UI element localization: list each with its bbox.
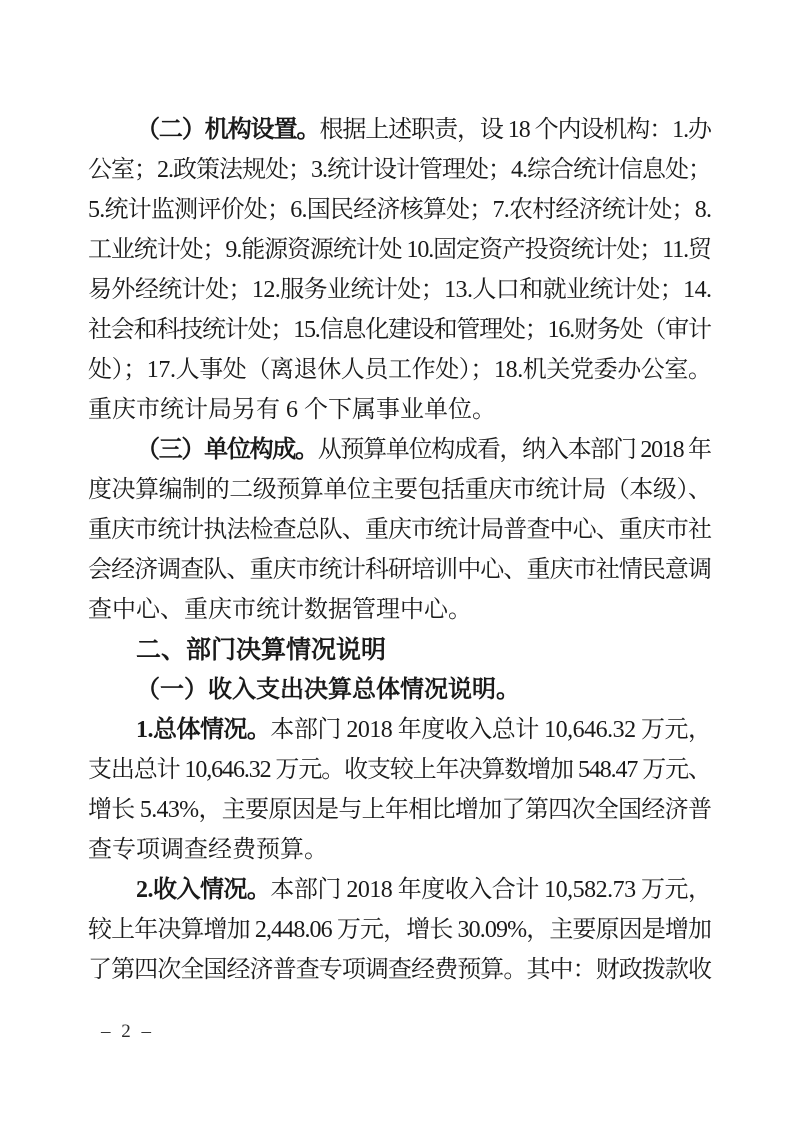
text-line-content: 会经济调查队、重庆市统计科研培训中心、重庆市社情民意调: [88, 550, 711, 590]
text-line: 工业统计处；9.能源资源统计处 10.固定资产投资统计处；11.贸: [88, 230, 712, 270]
text-line: 会经济调查队、重庆市统计科研培训中心、重庆市社情民意调: [88, 550, 712, 590]
text-segment: 增长 5.43%，主要原因是与上年相比增加了第四次全国经济普: [88, 797, 711, 823]
text-line-content: 查中心、重庆市统计数据管理中心。: [88, 590, 472, 630]
text-line: 查中心、重庆市统计数据管理中心。: [88, 590, 712, 630]
text-line: （二）机构设置。根据上述职责，设 18 个内设机构：1.办: [88, 110, 712, 150]
text-line-content: 易外经统计处；12.服务业统计处；13.人口和就业统计处；14.: [88, 270, 711, 310]
text-line-content: 1.总体情况。本部门 2018 年度收入总计 10,646.32 万元，: [136, 710, 712, 750]
text-line-content: 5.统计监测评价处；6.国民经济核算处；7.农村经济统计处；8.: [88, 190, 711, 230]
text-segment: 从预算单位构成看，纳入本部门 2018 年: [318, 437, 711, 463]
text-segment: 支出总计 10,646.32 万元。收支较上年决算数增加 548.47 万元、: [88, 757, 711, 783]
text-segment: 公室；2.政策法规处；3.统计设计管理处；4.综合统计信息处；: [88, 157, 711, 183]
text-line: 5.统计监测评价处；6.国民经济核算处；7.农村经济统计处；8.: [88, 190, 712, 230]
text-line: 重庆市统计执法检查总队、重庆市统计局普查中心、重庆市社: [88, 510, 712, 550]
text-line-content: 查专项调查经费预算。: [88, 830, 328, 870]
text-line: 度决算编制的二级预算单位主要包括重庆市统计局（本级）、: [88, 470, 712, 510]
text-segment: 处）；17.人事处（离退休人员工作处）；18.机关党委办公室。: [88, 357, 712, 383]
document-page: （二）机构设置。根据上述职责，设 18 个内设机构：1.办公室；2.政策法规处；…: [0, 0, 793, 1122]
text-line: （三）单位构成。从预算单位构成看，纳入本部门 2018 年: [88, 430, 712, 470]
page-number: – 2 –: [101, 1018, 154, 1046]
text-line-content: （一）收入支出决算总体情况说明。: [136, 670, 520, 710]
bold-text-segment: 1.总体情况。: [136, 717, 270, 743]
text-line-content: 社会和科技统计处；15.信息化建设和管理处；16.财务处（审计: [88, 310, 711, 350]
text-segment: 根据上述职责，设 18 个内设机构：1.办: [319, 117, 711, 143]
text-line: 增长 5.43%，主要原因是与上年相比增加了第四次全国经济普: [88, 790, 712, 830]
text-line: 公室；2.政策法规处；3.统计设计管理处；4.综合统计信息处；: [88, 150, 712, 190]
bold-text-segment: （二）机构设置。: [136, 117, 319, 143]
text-line-content: 重庆市统计局另有 6 个下属事业单位。: [88, 390, 496, 430]
text-line-content: （三）单位构成。从预算单位构成看，纳入本部门 2018 年: [136, 430, 711, 470]
text-line-content: 工业统计处；9.能源资源统计处 10.固定资产投资统计处；11.贸: [88, 230, 711, 270]
text-segment: 较上年决算增加 2,448.06 万元，增长 30.09%，主要原因是增加: [88, 917, 711, 943]
text-line-content: 二、部门决算情况说明: [136, 630, 386, 670]
text-line: 较上年决算增加 2,448.06 万元，增长 30.09%，主要原因是增加: [88, 910, 712, 950]
text-line: 支出总计 10,646.32 万元。收支较上年决算数增加 548.47 万元、: [88, 750, 712, 790]
text-segment: 易外经统计处；12.服务业统计处；13.人口和就业统计处；14.: [88, 277, 711, 303]
bold-text-segment: 2.收入情况。: [136, 877, 270, 903]
text-segment: 工业统计处；9.能源资源统计处 10.固定资产投资统计处；11.贸: [88, 237, 711, 263]
text-line: 查专项调查经费预算。: [88, 830, 712, 870]
text-line: 处）；17.人事处（离退休人员工作处）；18.机关党委办公室。: [88, 350, 712, 390]
text-line-content: 2.收入情况。本部门 2018 年度收入合计 10,582.73 万元，: [136, 870, 712, 910]
text-line-content: 公室；2.政策法规处；3.统计设计管理处；4.综合统计信息处；: [88, 150, 711, 190]
text-line: 1.总体情况。本部门 2018 年度收入总计 10,646.32 万元，: [88, 710, 712, 750]
bold-text-segment: （三）单位构成。: [136, 437, 318, 463]
text-line: 2.收入情况。本部门 2018 年度收入合计 10,582.73 万元，: [88, 870, 712, 910]
text-segment: 本部门 2018 年度收入总计 10,646.32 万元，: [270, 717, 711, 743]
text-segment: 5.统计监测评价处；6.国民经济核算处；7.农村经济统计处；8.: [88, 197, 711, 223]
text-segment: 重庆市统计执法检查总队、重庆市统计局普查中心、重庆市社: [88, 517, 711, 543]
text-line-content: 了第四次全国经济普查专项调查经费预算。其中：财政拨款收: [88, 950, 711, 990]
text-line: 了第四次全国经济普查专项调查经费预算。其中：财政拨款收: [88, 950, 712, 990]
text-segment: 查专项调查经费预算。: [88, 837, 328, 863]
bold-text-segment: 二、部门决算情况说明: [136, 636, 386, 664]
text-line-content: 重庆市统计执法检查总队、重庆市统计局普查中心、重庆市社: [88, 510, 711, 550]
document-text-block: （二）机构设置。根据上述职责，设 18 个内设机构：1.办公室；2.政策法规处；…: [88, 110, 712, 990]
text-segment: 社会和科技统计处；15.信息化建设和管理处；16.财务处（审计: [88, 317, 711, 343]
text-line-content: （二）机构设置。根据上述职责，设 18 个内设机构：1.办: [136, 110, 711, 150]
text-segment: 重庆市统计局另有 6 个下属事业单位。: [88, 397, 496, 423]
text-line-content: 较上年决算增加 2,448.06 万元，增长 30.09%，主要原因是增加: [88, 910, 711, 950]
section-heading: 二、部门决算情况说明: [88, 630, 712, 670]
text-line-content: 处）；17.人事处（离退休人员工作处）；18.机关党委办公室。: [88, 350, 712, 390]
text-line: 社会和科技统计处；15.信息化建设和管理处；16.财务处（审计: [88, 310, 712, 350]
text-segment: 本部门 2018 年度收入合计 10,582.73 万元，: [270, 877, 711, 903]
subsection-heading: （一）收入支出决算总体情况说明。: [88, 670, 712, 710]
text-line-content: 增长 5.43%，主要原因是与上年相比增加了第四次全国经济普: [88, 790, 711, 830]
bold-text-segment: （一）收入支出决算总体情况说明。: [136, 677, 520, 703]
text-segment: 会经济调查队、重庆市统计科研培训中心、重庆市社情民意调: [88, 557, 711, 583]
text-line: 重庆市统计局另有 6 个下属事业单位。: [88, 390, 712, 430]
text-line-content: 支出总计 10,646.32 万元。收支较上年决算数增加 548.47 万元、: [88, 750, 711, 790]
text-segment: 了第四次全国经济普查专项调查经费预算。其中：财政拨款收: [88, 957, 711, 983]
text-segment: 查中心、重庆市统计数据管理中心。: [88, 597, 472, 623]
text-segment: 度决算编制的二级预算单位主要包括重庆市统计局（本级）、: [88, 477, 712, 503]
text-line: 易外经统计处；12.服务业统计处；13.人口和就业统计处；14.: [88, 270, 712, 310]
text-line-content: 度决算编制的二级预算单位主要包括重庆市统计局（本级）、: [88, 470, 712, 510]
